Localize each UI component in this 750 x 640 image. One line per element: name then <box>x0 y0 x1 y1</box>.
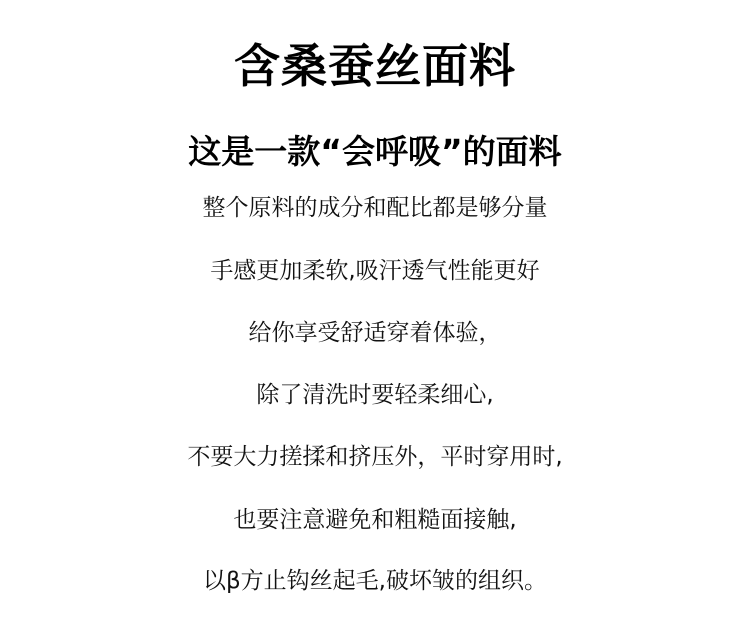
body-line: 给你享受舒适穿着体验， <box>0 318 750 348</box>
body-line: 以β方止钩丝起毛,破坏皱的组织。 <box>0 566 750 596</box>
body-line: 也要注意避免和粗糙面接触, <box>0 505 750 535</box>
body-line: 除了清洗时要轻柔细心, <box>0 380 750 410</box>
page-title: 含桑蚕丝面料 <box>0 36 750 96</box>
body-line: 不要大力搓揉和挤压外，平时穿用时, <box>0 442 750 472</box>
page-subtitle: 这是一款“会呼吸”的面料 <box>0 130 750 174</box>
body-line: 整个原料的成分和配比都是够分量 <box>0 193 750 223</box>
body-line: 手感更加柔软,吸汗透气性能更好 <box>0 256 750 286</box>
